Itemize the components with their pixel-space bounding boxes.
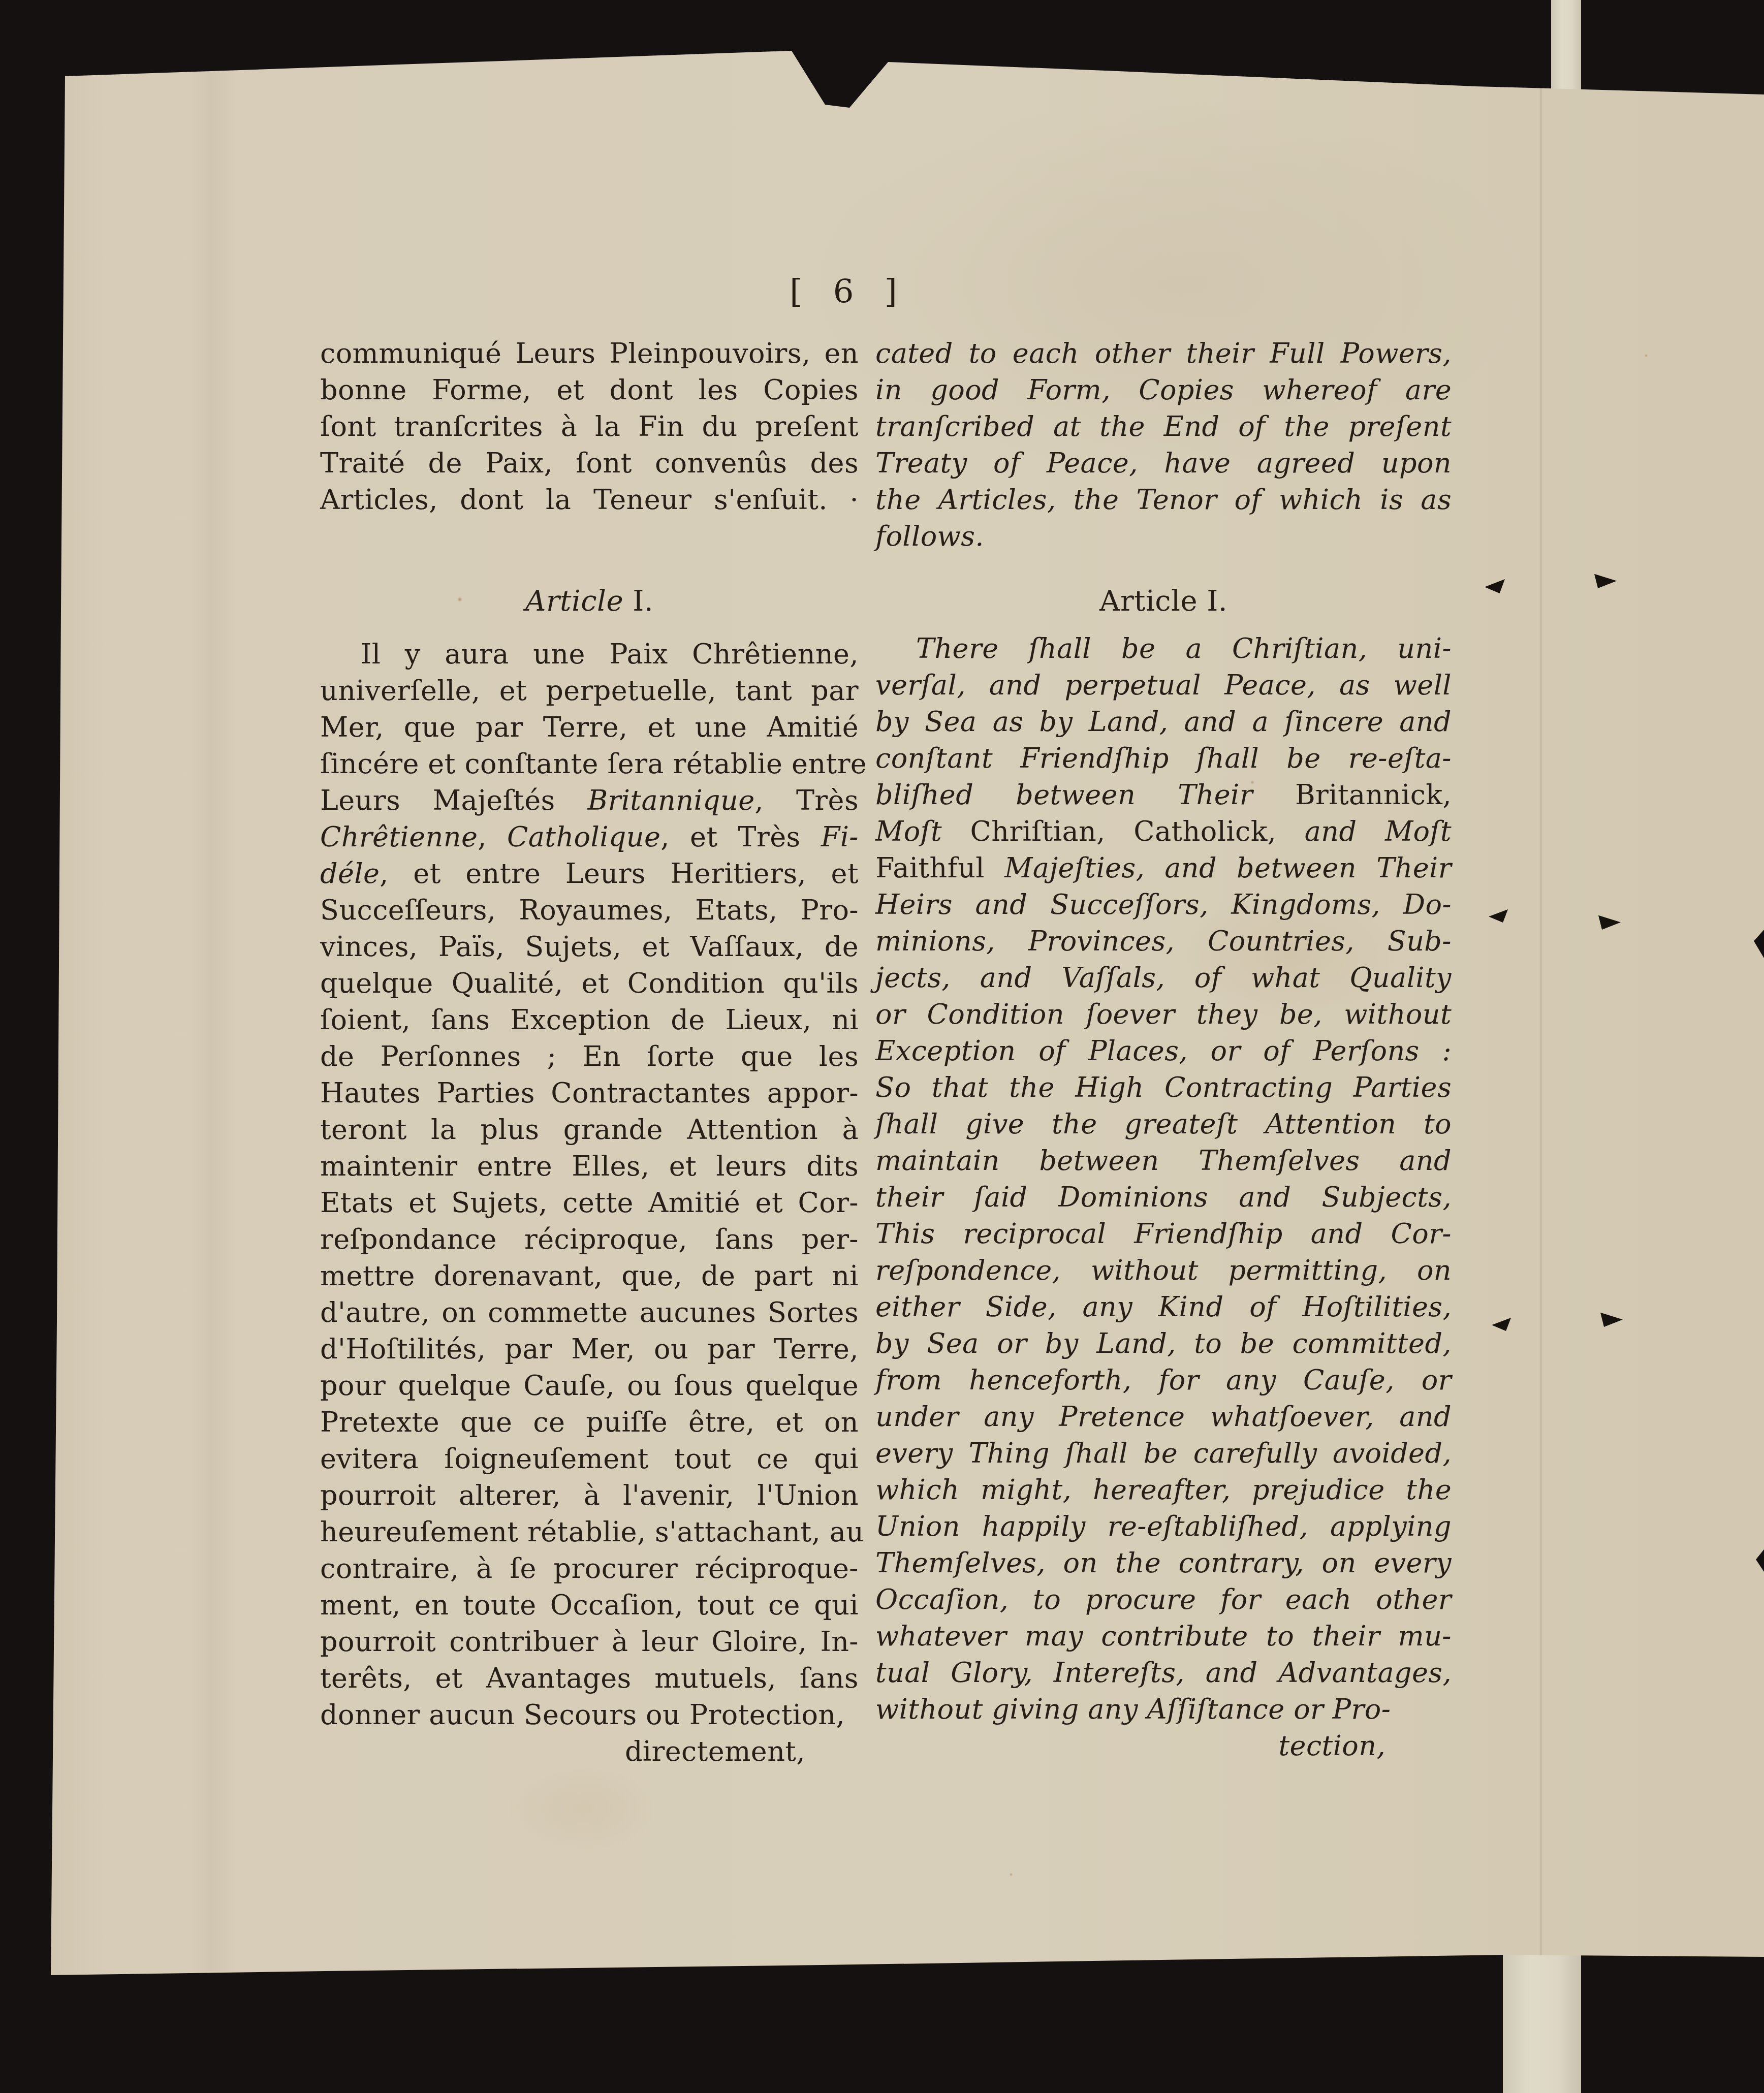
- french-article-heading: Article I.: [320, 583, 859, 620]
- article-heading-word: Article: [1099, 585, 1198, 618]
- text-line: which might, hereafter, prejudice the: [875, 1472, 1452, 1508]
- text-line: Mer, que par Terre, et une Amitié: [320, 709, 859, 746]
- text-line: Pretexte que ce puiſſe être, et on: [320, 1404, 859, 1441]
- article-heading-numeral: I.: [633, 585, 653, 618]
- text-line: in good Form, Copies whereof are: [875, 372, 1452, 408]
- text-line: Succeſſeurs, Royaumes, Etats, Pro-: [320, 892, 859, 929]
- text-line: minions, Provinces, Countries, Sub-: [875, 923, 1452, 960]
- text-line: Themſelves, on the contrary, on every: [875, 1545, 1452, 1581]
- text-line: maintenir entre Elles, et leurs dits: [320, 1148, 859, 1185]
- page-edge-nick: [1754, 930, 1764, 958]
- text-line: maintain between Themſelves and: [875, 1143, 1452, 1179]
- text-line: teront la plus grande Attention à: [320, 1112, 859, 1148]
- text-line: univerſelle, et perpetuelle, tant par: [320, 673, 859, 709]
- text-line: heureuſement rétablie, s'attachant, au: [320, 1514, 859, 1550]
- text-line: by Sea or by Land, to be committed,: [875, 1325, 1452, 1362]
- text-line: jects, and Vaſſals, of what Quality: [875, 960, 1452, 996]
- text-line: by Sea as by Land, and a ſincere and: [875, 704, 1452, 740]
- text-line: Chrêtienne, Catholique, et Très Fi-: [320, 819, 859, 855]
- text-line: Leurs Majeſtés Britannique, Très: [320, 782, 859, 819]
- text-line: follows.: [875, 518, 1452, 555]
- document-page: [ 6 ] communiqué Leurs Pleinpouvoirs, en…: [0, 0, 1764, 2093]
- fold-crease-left: [189, 71, 235, 1971]
- text-line: whatever may contribute to their mu-: [875, 1618, 1452, 1655]
- text-line: Heirs and Succeſſors, Kingdoms, Do-: [875, 886, 1452, 923]
- text-line: Faithful Majeſties, and between Their: [875, 850, 1452, 886]
- article-heading-numeral: I.: [1207, 585, 1227, 618]
- page-number: [ 6 ]: [785, 273, 912, 311]
- text-line: the Articles, the Tenor of which is as: [875, 482, 1452, 518]
- french-column: communiqué Leurs Pleinpouvoirs, enbonne …: [320, 335, 859, 1770]
- french-article-paragraph: Il y aura une Paix Chrêtienne,univerſell…: [320, 636, 859, 1733]
- text-line: evitera ſoigneuſement tout ce qui: [320, 1441, 859, 1477]
- text-line: quelque Qualité, et Condition qu'ils: [320, 965, 859, 1002]
- margin-ink-mark-icon: [1598, 914, 1621, 930]
- bookmark-ribbon-bottom: [1503, 1941, 1581, 2093]
- text-line: terêts, et Avantages mutuels, ſans: [320, 1660, 859, 1697]
- text-line: Etats et Sujets, cette Amitié et Cor-: [320, 1185, 859, 1221]
- english-catchword: tection,: [875, 1728, 1452, 1764]
- text-line: d'Hoſtilités, par Mer, ou par Terre,: [320, 1331, 859, 1368]
- text-line: ment, en toute Occaſion, tout ce qui: [320, 1587, 859, 1624]
- text-line: donner aucun Secours ou Protection,: [320, 1697, 859, 1733]
- text-line: So that the High Contracting Parties: [875, 1069, 1452, 1106]
- text-line: Articles, dont la Teneur s'enſuit. ·: [320, 482, 859, 518]
- text-line: Occaſion, to procure for each other: [875, 1581, 1452, 1618]
- text-line: bliſhed between Their Britannick,: [875, 777, 1452, 813]
- text-line: There ſhall be a Chriſtian, uni-: [875, 630, 1452, 667]
- text-line: every Thing ſhall be carefully avoided,: [875, 1435, 1452, 1472]
- text-line: ſoient, ſans Exception de Lieux, ni: [320, 1002, 859, 1038]
- text-line: Moſt Chriſtian, Catholick, and Moſt: [875, 813, 1452, 850]
- text-line: their ſaid Dominions and Subjects,: [875, 1179, 1452, 1216]
- english-column: cated to each other their Full Powers,in…: [875, 335, 1452, 1764]
- page-edge-nick: [1756, 1549, 1764, 1572]
- text-line: tranſcribed at the End of the preſent: [875, 408, 1452, 445]
- margin-ink-mark-icon: [1489, 909, 1508, 923]
- text-line: d'autre, on commette aucunes Sortes: [320, 1294, 859, 1331]
- text-line: déle, et entre Leurs Heritiers, et: [320, 855, 859, 892]
- text-line: ſhall give the greateſt Attention to: [875, 1106, 1452, 1143]
- text-line: pourroit alterer, à l'avenir, l'Union: [320, 1477, 859, 1514]
- text-line: reſpondance réciproque, ſans per-: [320, 1221, 859, 1258]
- english-article-paragraph: There ſhall be a Chriſtian, uni-verſal, …: [875, 630, 1452, 1728]
- text-line: communiqué Leurs Pleinpouvoirs, en: [320, 335, 859, 372]
- text-line: under any Pretence whatſoever, and: [875, 1399, 1452, 1435]
- text-line: Exception of Places, or of Perſons :: [875, 1033, 1452, 1069]
- bookmark-ribbon-top: [1551, 0, 1581, 102]
- text-line: cated to each other their Full Powers,: [875, 335, 1452, 372]
- margin-ink-mark-icon: [1600, 1312, 1623, 1327]
- text-line: Il y aura une Paix Chrêtienne,: [320, 636, 859, 673]
- text-line: or Condition ſoever they be, without: [875, 996, 1452, 1033]
- fold-crease: [1539, 76, 1542, 1966]
- english-article-heading: Article I.: [875, 583, 1452, 620]
- text-line: Treaty of Peace, have agreed upon: [875, 445, 1452, 482]
- text-line: pourroit contribuer à leur Gloire, In-: [320, 1624, 859, 1660]
- text-line: verſal, and perpetual Peace, as well: [875, 667, 1452, 704]
- text-line: either Side, any Kind of Hoſtilities,: [875, 1289, 1452, 1325]
- text-line: bonne Forme, et dont les Copies: [320, 372, 859, 408]
- english-opening-paragraph: cated to each other their Full Powers,in…: [875, 335, 1452, 555]
- text-line: Hautes Parties Contractantes appor-: [320, 1075, 859, 1112]
- text-line: Traité de Paix, ſont convenûs des: [320, 445, 859, 482]
- text-line: ſincére et conſtante ſera rétablie entre: [320, 746, 859, 782]
- text-line: vinces, Païs, Sujets, et Vaſſaux, de: [320, 929, 859, 965]
- text-line: pour quelque Cauſe, ou ſous quelque: [320, 1368, 859, 1404]
- text-line: ſont tranſcrites à la Fin du preſent: [320, 408, 859, 445]
- text-line: conſtant Friendſhip ſhall be re-eſta-: [875, 740, 1452, 777]
- text-line: mettre dorenavant, que, de part ni: [320, 1258, 859, 1294]
- text-line: contraire, à ſe procurer réciproque-: [320, 1550, 859, 1587]
- margin-ink-mark-icon: [1485, 579, 1505, 593]
- margin-ink-mark-icon: [1594, 573, 1617, 588]
- french-opening-paragraph: communiqué Leurs Pleinpouvoirs, enbonne …: [320, 335, 859, 518]
- text-line: This reciprocal Friendſhip and Cor-: [875, 1216, 1452, 1252]
- text-line: Union happily re-eſtabliſhed, applying: [875, 1508, 1452, 1545]
- french-catchword: directement,: [320, 1733, 859, 1770]
- text-line: without giving any Aſſiſtance or Pro-: [875, 1691, 1452, 1728]
- margin-ink-mark-icon: [1492, 1318, 1511, 1331]
- text-line: tual Glory, Intereſts, and Advantages,: [875, 1655, 1452, 1691]
- text-line: de Perſonnes ; En ſorte que les: [320, 1038, 859, 1075]
- scanned-book-page: [ 6 ] communiqué Leurs Pleinpouvoirs, en…: [0, 0, 1764, 2093]
- article-heading-word: Article: [525, 585, 623, 618]
- text-line: reſpondence, without permitting, on: [875, 1252, 1452, 1289]
- text-line: from henceforth, for any Cauſe, or: [875, 1362, 1452, 1399]
